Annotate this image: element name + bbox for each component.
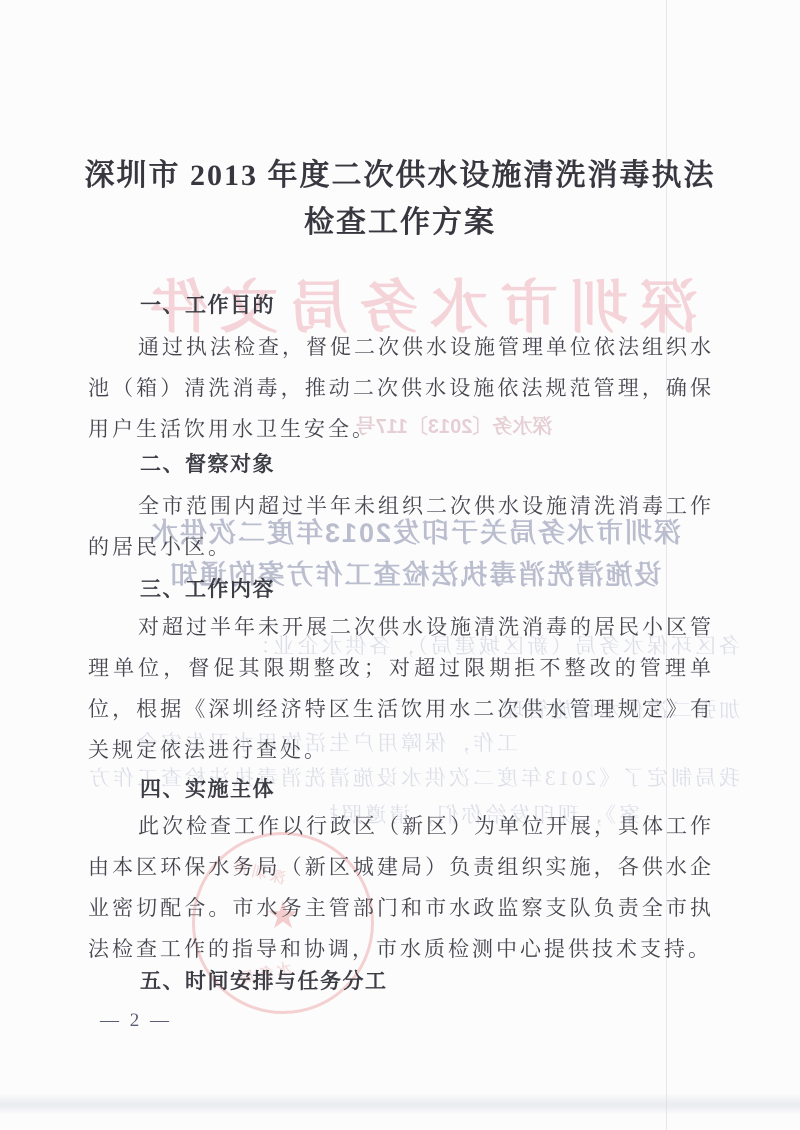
section-heading-implementation-body: 四、实施主体 [140,776,275,804]
section-heading-supervision-targets: 二、督察对象 [140,451,275,479]
scan-bottom-shade [0,1093,800,1115]
section-paragraph-work-purpose: 通过执法检查，督促二次供水设施管理单位依法组织水池（箱）清洗消毒，推动二次供水设… [88,327,714,450]
scanned-document-page: 深圳市水务局文件 深水务〔2013〕117号 深圳市水务局关于印发2013年度二… [0,0,800,1130]
section-paragraph-work-content: 对超过半年未开展二次供水设施清洗消毒的居民小区管理单位，督促其限期整改；对超过限… [88,607,714,771]
document-title-line-2: 检查工作方案 [0,197,800,241]
section-heading-schedule-and-tasks: 五、时间安排与任务分工 [140,968,388,996]
document-title-line-1: 深圳市 2013 年度二次供水设施清洗消毒执法 [0,150,800,194]
section-heading-work-purpose: 一、工作目的 [140,292,275,320]
page-number: — 2 — [100,1010,172,1032]
section-paragraph-supervision-targets: 全市范围内超过半年未组织二次供水设施清洗消毒工作的居民小区。 [88,486,714,568]
section-paragraph-implementation-body: 此次检查工作以行政区（新区）为单位开展，具体工作由本区环保水务局（新区城建局）负… [88,806,714,970]
section-heading-work-content: 三、工作内容 [140,576,275,604]
